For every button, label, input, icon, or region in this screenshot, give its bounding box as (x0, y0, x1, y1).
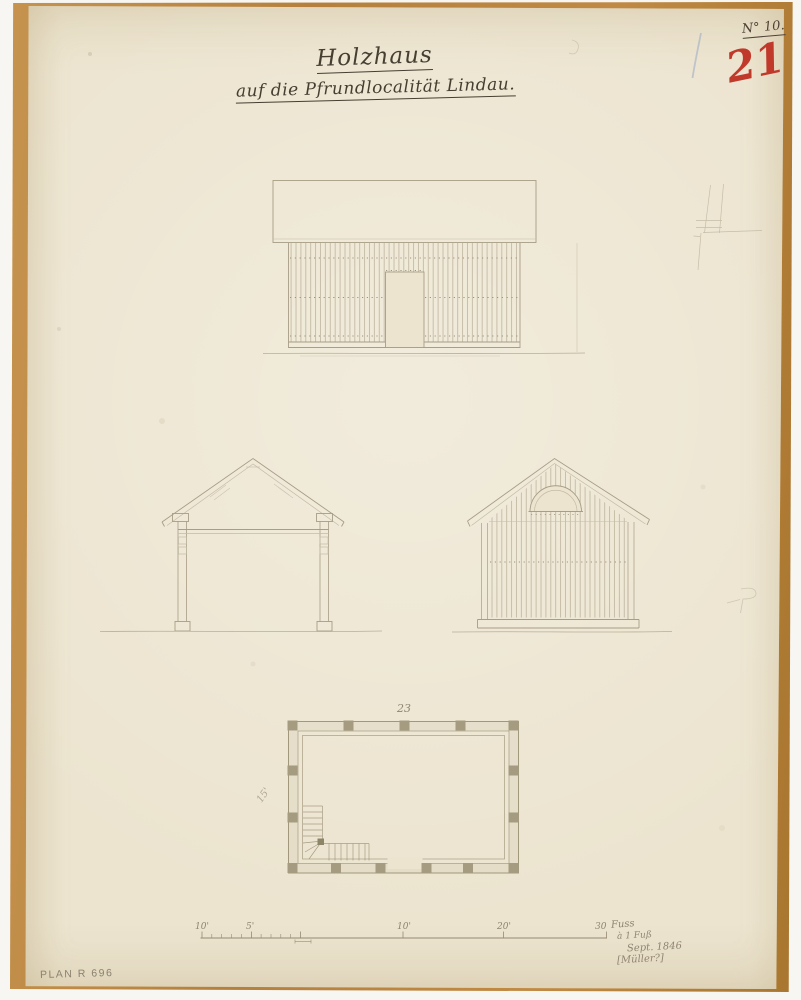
plinth (478, 620, 640, 629)
paper-stains (57, 33, 725, 831)
plan-width-dimension: 23 (397, 702, 411, 715)
ground-line (100, 631, 382, 632)
scale-label-10-right: 10' (397, 922, 411, 932)
scale-label-30: 30 (595, 922, 606, 932)
gable-elevation-drawing (452, 459, 672, 633)
door (386, 272, 425, 348)
posts (178, 522, 329, 622)
scale-note: à 1 Fuß (617, 930, 652, 942)
footing-right (317, 622, 332, 632)
ground-line (452, 632, 672, 633)
scale-bar (201, 932, 608, 944)
rafter-strut-marks (210, 484, 293, 500)
plate-block-right (317, 514, 333, 522)
roof-outline (162, 459, 344, 523)
scale-label-10-left: 10' (195, 922, 209, 932)
roof-band (273, 181, 536, 243)
scale-unit-label: Fuss (611, 918, 635, 931)
scale-label-20: 20' (497, 922, 511, 932)
plank-wall-right (424, 243, 520, 342)
timber-posts (288, 721, 519, 874)
title-block: Holzhaus auf die Pfrundlocalität Lindau. (209, 38, 541, 105)
margin-sketch (727, 588, 756, 613)
eave-detail-sketch (694, 184, 763, 270)
scale-label-5: 5' (246, 922, 254, 932)
plank-wall-over-door (386, 243, 425, 272)
mortise-marks (179, 537, 329, 554)
scanned-plan-sheet: N° 10. 21 Holzhaus auf die Pfrundlocalit… (0, 0, 801, 1000)
plate-block-left (173, 514, 189, 522)
pencil-curl-mark (569, 40, 578, 54)
cross-section-drawing (100, 459, 382, 632)
floor-plan-drawing (288, 721, 519, 874)
door-opening (388, 857, 423, 869)
ground-line (263, 353, 585, 354)
plank-wall-left (289, 243, 386, 342)
front-elevation-drawing (263, 181, 585, 357)
plan-archive-stamp: PLAN R 696 (40, 967, 114, 981)
blue-crayon-stroke (693, 33, 702, 78)
drawing-layer (0, 0, 801, 1000)
footing-left (175, 622, 190, 632)
stair-newel-post (318, 839, 325, 846)
title-line-1-text: Holzhaus (316, 42, 433, 74)
staircase (303, 806, 369, 861)
